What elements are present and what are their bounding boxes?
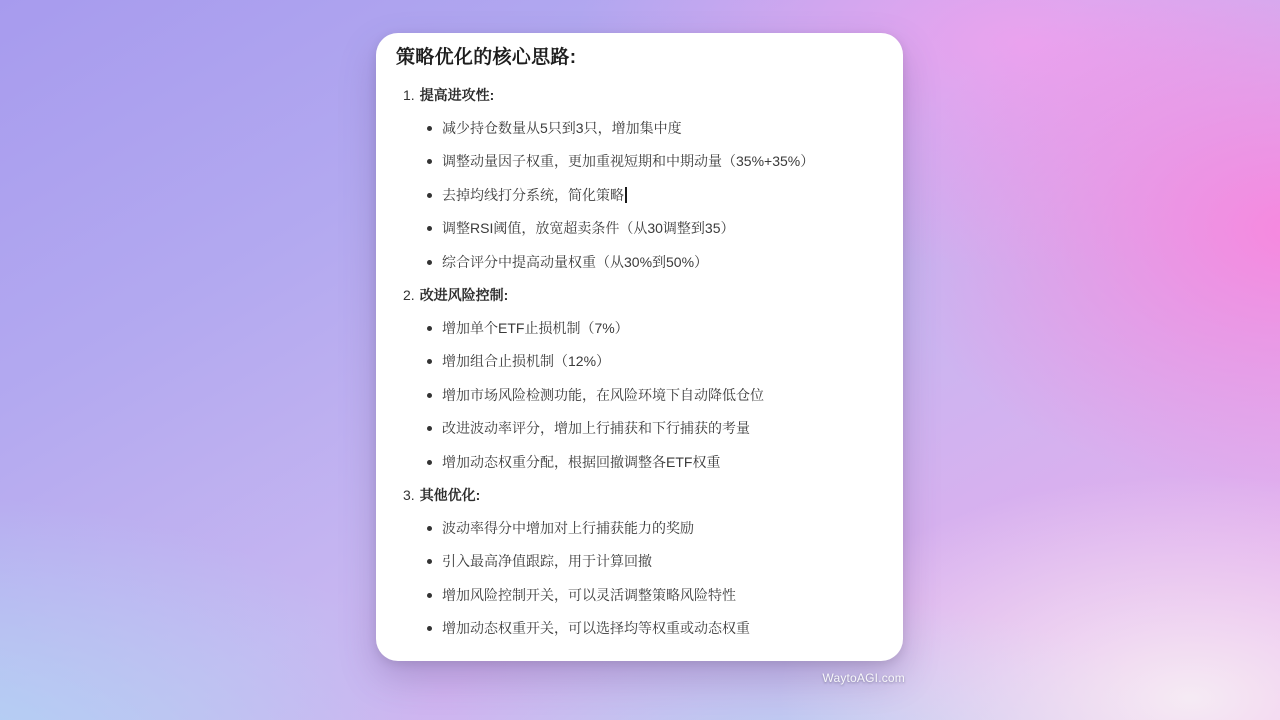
section-heading-text: 改进风险控制: (420, 287, 509, 303)
bullet-icon (427, 226, 432, 231)
list-item-text: 增加市场风险检测功能，在风险环境下自动降低仓位 (442, 385, 764, 405)
section-improve-risk-control: 2.改进风险控制: 增加单个ETF止损机制（7%） 增加组合止损机制（12%） … (403, 285, 883, 472)
bullet-icon (427, 126, 432, 131)
list-item-text: 增加单个ETF止损机制（7%） (442, 318, 629, 338)
list-item-text: 增加动态权重开关，可以选择均等权重或动态权重 (442, 618, 750, 638)
list-item: 波动率得分中增加对上行捕获能力的奖励 (403, 518, 883, 538)
bullet-icon (427, 260, 432, 265)
section-number: 3. (403, 487, 415, 503)
bullet-icon (427, 326, 432, 331)
bullet-icon (427, 393, 432, 398)
section-number: 1. (403, 87, 415, 103)
list-item-text: 综合评分中提高动量权重（从30%到50%） (442, 252, 708, 272)
list-item-text: 改进波动率评分，增加上行捕获和下行捕获的考量 (442, 418, 750, 438)
bullet-icon (427, 426, 432, 431)
watermark: WaytoAGI.com (822, 671, 905, 685)
section-heading-text: 提高进攻性: (420, 87, 495, 103)
list-item-text: 增加动态权重分配，根据回撤调整各ETF权重 (442, 452, 720, 472)
bullet-icon (427, 460, 432, 465)
list-item-text: 减少持仓数量从5只到3只，增加集中度 (442, 118, 682, 138)
content-card: 策略优化的核心思路: 1.提高进攻性: 减少持仓数量从5只到3只，增加集中度 调… (376, 33, 903, 661)
bullet-icon (427, 593, 432, 598)
list-item: 减少持仓数量从5只到3只，增加集中度 (403, 118, 883, 138)
list-item: 综合评分中提高动量权重（从30%到50%） (403, 252, 883, 272)
list-item-text: 去掉均线打分系统，简化策略 (442, 185, 627, 205)
section-heading: 1.提高进攻性: (403, 85, 883, 105)
list-item: 增加动态权重分配，根据回撤调整各ETF权重 (403, 452, 883, 472)
bullet-icon (427, 559, 432, 564)
bullet-icon (427, 359, 432, 364)
text-cursor (625, 187, 627, 203)
section-number: 2. (403, 287, 415, 303)
list-item: 调整RSI阈值，放宽超卖条件（从30调整到35） (403, 218, 883, 238)
list-item-text: 增加风险控制开关，可以灵活调整策略风险特性 (442, 585, 736, 605)
bullet-icon (427, 159, 432, 164)
list-item-text: 调整RSI阈值，放宽超卖条件（从30调整到35） (442, 218, 734, 238)
section-improve-aggressiveness: 1.提高进攻性: 减少持仓数量从5只到3只，增加集中度 调整动量因子权重，更加重… (403, 85, 883, 272)
list-item-text-inner: 去掉均线打分系统，简化策略 (442, 187, 624, 203)
gradient-background: 策略优化的核心思路: 1.提高进攻性: 减少持仓数量从5只到3只，增加集中度 调… (0, 0, 1280, 720)
list-item: 改进波动率评分，增加上行捕获和下行捕获的考量 (403, 418, 883, 438)
list-item: 引入最高净值跟踪，用于计算回撤 (403, 551, 883, 571)
section-other-optimizations: 3.其他优化: 波动率得分中增加对上行捕获能力的奖励 引入最高净值跟踪，用于计算… (403, 485, 883, 638)
section-heading: 2.改进风险控制: (403, 285, 883, 305)
section-heading: 3.其他优化: (403, 485, 883, 505)
list-item-text: 波动率得分中增加对上行捕获能力的奖励 (442, 518, 694, 538)
list-item-text: 调整动量因子权重，更加重视短期和中期动量（35%+35%） (442, 151, 814, 171)
list-item: 增加动态权重开关，可以选择均等权重或动态权重 (403, 618, 883, 638)
bullet-icon (427, 193, 432, 198)
list-item: 增加风险控制开关，可以灵活调整策略风险特性 (403, 585, 883, 605)
list-item: 增加市场风险检测功能，在风险环境下自动降低仓位 (403, 385, 883, 405)
section-list: 1.提高进攻性: 减少持仓数量从5只到3只，增加集中度 调整动量因子权重，更加重… (403, 85, 883, 638)
list-item: 增加单个ETF止损机制（7%） (403, 318, 883, 338)
bullet-icon (427, 626, 432, 631)
list-item: 增加组合止损机制（12%） (403, 351, 883, 371)
card-title: 策略优化的核心思路: (396, 46, 883, 70)
list-item: 调整动量因子权重，更加重视短期和中期动量（35%+35%） (403, 151, 883, 171)
bullet-icon (427, 526, 432, 531)
list-item-text: 增加组合止损机制（12%） (442, 351, 610, 371)
section-heading-text: 其他优化: (420, 487, 481, 503)
list-item: 去掉均线打分系统，简化策略 (403, 185, 883, 205)
list-item-text: 引入最高净值跟踪，用于计算回撤 (442, 551, 652, 571)
